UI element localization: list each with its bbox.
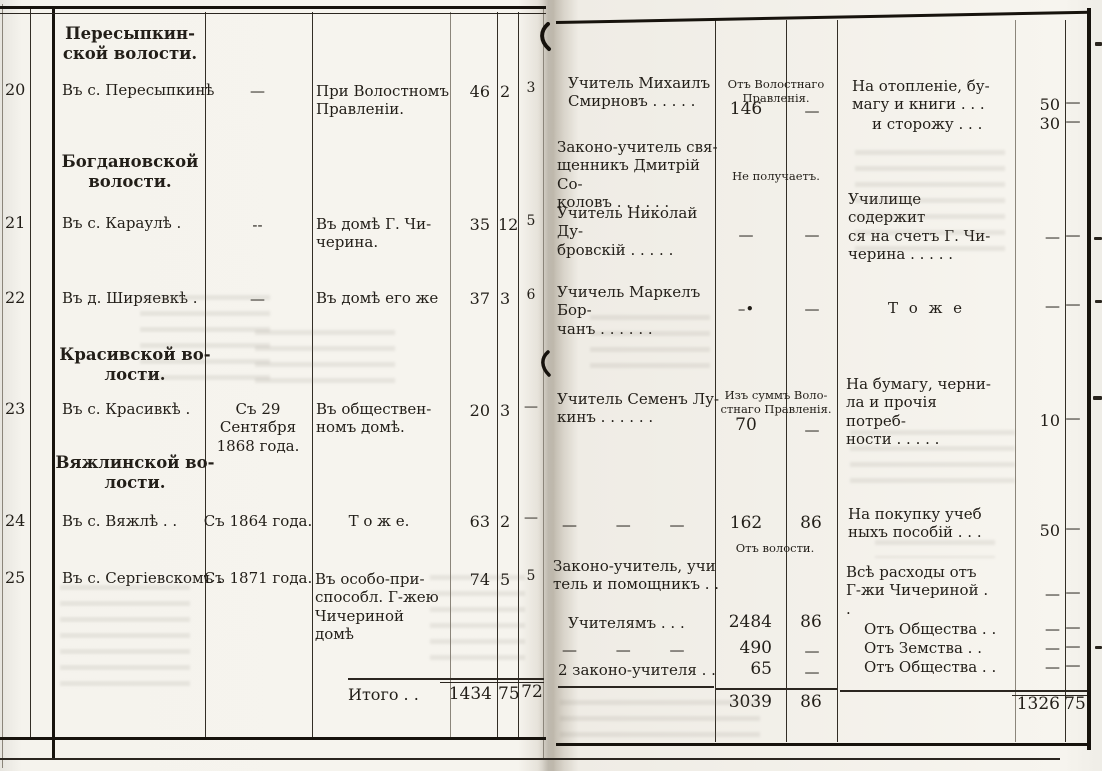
salary-kop: — [788,663,836,681]
row-number: 22 [5,288,25,308]
pupils-kop: 2 [500,512,510,532]
column-rule [30,6,31,737]
expense-item: Отъ Общества . . [864,658,996,676]
total-overline [716,688,837,690]
row-number: 21 [5,213,25,233]
salary-rub: –• [718,300,774,318]
column-rule [837,20,838,742]
salary-rub: 146 [718,99,774,120]
salary-kop: — [788,642,836,660]
row-number: 24 [5,511,25,531]
ink-bleed-ghost [560,700,760,740]
salary-source-note: Отъ волости. [712,541,838,555]
expense-item: Отъ Земства . . [864,639,982,657]
founded-date: Съ 1871 года. [203,569,313,587]
pupils-rub: 37 [446,289,490,309]
expense-kop: — [1058,583,1088,601]
page-bottom-rule [0,758,1060,760]
salary-rub: 2484 [710,612,772,633]
teacher-name: Учитель Михаилъ Смирновъ . . . . . [568,74,718,111]
volost-heading: Пересыпкин- ской волости. [55,24,205,64]
expense-item: Отъ Общества . . [864,620,996,638]
expense-kop: — [1058,226,1088,244]
dash-row: — — — [562,641,717,659]
row-number: 23 [5,399,25,419]
expense-rub: — [1018,297,1060,315]
page-edge-rule [2,4,3,768]
pupils-rub: 35 [446,215,490,235]
column-rule [715,20,716,742]
school-place: Въ с. Пересыпкинѣ [62,81,214,99]
school-place: Въ с. Красивкѣ . [62,400,190,418]
founded-date: Съ 1864 года. [203,512,313,530]
pupils-kop: 12 [498,215,518,235]
teacher-name: Законо-учитель свя- щенникъ Дмитрій Со- … [557,138,725,211]
extra-count: 6 [518,287,544,304]
pen-mark [537,350,553,378]
extra-count: 5 [518,213,544,230]
school-building: Въ особо-при- способл. Г-жею Чичериной д… [315,570,447,643]
total-overline [840,690,1087,692]
expense-rub: 30 [1018,114,1060,134]
salary-kop: 86 [786,513,836,534]
school-place: Въ с. Караулѣ . [62,214,181,232]
total-overline [558,686,714,688]
salary-kop: — [788,226,836,244]
table-top-rule [0,6,546,9]
table-top-rule-2 [0,13,546,14]
expense-item: Т о ж е [888,299,965,317]
salary-rub: 65 [710,659,772,680]
column-rule [1015,20,1016,742]
row-number: 20 [5,80,25,100]
ink-bleed-ghost [430,575,525,670]
expense-rub: — [1018,620,1060,638]
expense-rub: — [1018,639,1060,657]
salary-total-kop: 86 [786,692,836,713]
salary-rub: — [718,226,774,244]
teacher-name: Учителямъ . . . [568,614,728,632]
dash-row: — — — [562,516,717,534]
total-label: Итого . . [348,685,419,705]
salary-kop: — [788,300,836,318]
salary-rub: 490 [710,638,772,659]
ink-bleed-ghost [855,150,1005,260]
expense-item: На отопленіе, бу- магу и книги . . . [852,77,997,114]
total-overline [348,678,544,680]
expense-kop: — [1058,409,1088,427]
teacher-name: Учитель Семенъ Лу- кинъ . . . . . . [557,390,725,427]
expense-item: На покупку учеб ныхъ пособій . . . [848,505,996,542]
pupils-rub: 20 [446,401,490,421]
salary-rub: 70 [718,415,774,436]
salary-source-note: Не получаетъ. [714,169,838,183]
edge-speck [1095,646,1102,649]
scanned-book-spread: Пересыпкин- ской волости. 20 Въ с. Перес… [0,0,1102,771]
edge-speck [1095,300,1102,303]
school-building: Въ домѣ Г. Чи- черина. [316,215,431,252]
expense-kop: — [1058,295,1088,313]
row-number: 25 [5,568,25,588]
school-building: Въ домѣ его же [316,289,438,307]
ink-bleed-ghost [875,540,995,558]
expense-kop: — [1058,519,1088,537]
table-bottom-rule [0,737,546,740]
expense-rub: 10 [1018,411,1060,431]
pupils-rub: 46 [446,82,490,102]
ink-bleed-ghost [255,330,395,390]
salary-kop: 86 [786,612,836,633]
expense-kop: — [1058,112,1088,130]
salary-kop: — [788,102,836,120]
founded-date: — [205,82,310,100]
salary-source-note: Изъ суммъ Воло- стнаго Правленія. [712,388,840,417]
ink-bleed-ghost [60,585,190,695]
expense-rub: 50 [1018,95,1060,115]
total-extra: 72 [518,682,546,703]
column-rule [786,20,787,742]
pupils-kop: 3 [500,289,510,309]
pen-mark [537,22,553,52]
table-top-rule [556,11,1090,24]
book-gutter-shadow [538,0,564,771]
table-bottom-rule [556,743,1090,746]
pupils-kop: 3 [500,401,510,421]
expense-kop: — [1058,93,1088,111]
founded-date: -- [205,216,310,234]
expense-kop: — [1058,618,1088,636]
teacher-name: Учитель Николай Ду- бровскій . . . . . [557,204,725,259]
school-building: Въ обществен- номъ домѣ. [316,400,431,437]
ink-bleed-ghost [590,315,710,370]
expense-rub: — [1018,228,1060,246]
founded-date: Съ 29 Сентября 1868 года. [203,400,313,455]
page-edge-rule [543,6,544,760]
edge-speck [1094,237,1102,240]
extra-count: — [518,510,544,527]
expense-rub: — [1018,658,1060,676]
edge-speck [1095,42,1102,46]
expense-kop: — [1058,656,1088,674]
expense-total-kop: 75 [1062,694,1088,715]
expense-kop: — [1058,637,1088,655]
pupils-kop: 2 [500,82,510,102]
school-building: Т о ж е. [314,512,444,530]
total-kop: 75 [498,684,520,705]
total-rub: 1434 [436,684,492,705]
salary-rub: 162 [718,513,774,534]
expense-item: и сторожу . . . [872,115,982,133]
expense-total-rub: 1326 [1008,694,1060,715]
salary-kop: — [788,421,836,439]
volost-heading: Богдановской волости. [55,152,205,192]
ink-bleed-ghost [850,430,1015,490]
pupils-rub: 63 [446,512,490,532]
expense-rub: — [1018,585,1060,603]
extra-count: 3 [518,80,544,97]
extra-count: — [518,399,544,416]
expense-rub: 50 [1018,521,1060,541]
edge-speck [1093,396,1102,400]
expense-item: Всѣ расходы отъ Г-жи Чичериной . . [846,563,996,618]
teacher-name: 2 законо-учителя . . [558,661,728,679]
volost-heading: Вяжлинской во- лости. [55,453,215,493]
school-building: При Волостномъ Правленіи. [316,82,449,119]
ink-bleed-ghost [140,295,270,390]
teacher-name: Законо-учитель, учи тель и помощникъ . . [553,557,728,594]
school-place: Въ с. Вяжлѣ . . [62,512,177,530]
